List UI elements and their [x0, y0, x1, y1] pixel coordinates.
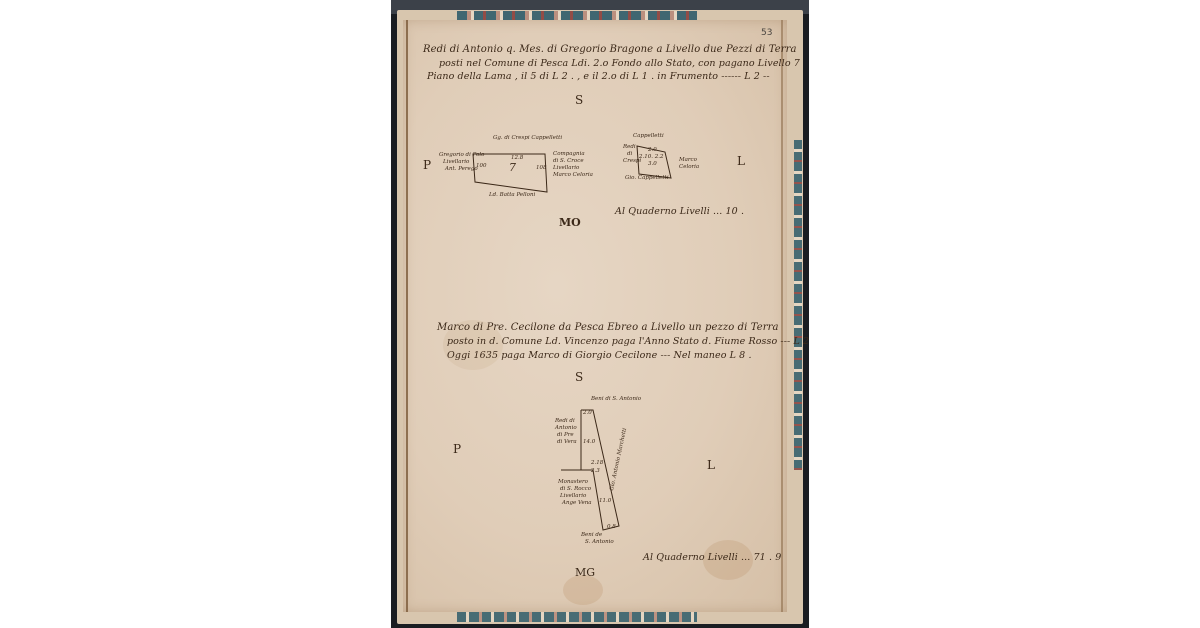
plot-bottom-2: S. Antonio — [585, 539, 614, 546]
plot-a-left-2: Livellario — [443, 159, 469, 166]
plot-dim-5: 11.0 — [599, 498, 611, 505]
entry-2-line-3: Oggi 1635 paga Marco di Giorgio Cecilone… — [447, 350, 752, 361]
plot-left-upper-3: di Pre — [557, 432, 574, 439]
binding-gutter — [406, 20, 408, 612]
plot-b-top-label: Cappelletti — [633, 133, 664, 140]
page-edge — [781, 20, 783, 612]
marbled-endpaper-bottom — [457, 612, 697, 622]
compass-west: P — [453, 442, 461, 456]
plot-left-lower-1: Monastero — [558, 479, 588, 486]
entry-1-line-3: Piano della Lama , il 5 di L 2 . , e il … — [427, 71, 770, 82]
entry-2-line-2: posto in d. Comune Ld. Vincenzo paga l'A… — [447, 336, 809, 347]
plot-a-right-3: Livellario — [553, 165, 579, 172]
entry-1-ledger-reference: Al Quaderno Livelli ... 10 . — [615, 206, 744, 217]
plot-dim-1: 2.0 — [583, 410, 592, 417]
plot-a-left-3: Ant. Perego — [445, 166, 478, 173]
plot-a-right-2: di S. Croce — [553, 158, 584, 165]
entry-2-ledger-reference: Al Quaderno Livelli ... 71 . 9 — [643, 552, 781, 563]
compass-north: S — [575, 370, 583, 384]
plot-b-right-1: Marco — [679, 157, 697, 164]
plot-b-dim-2: 2.10. 2.2 — [639, 154, 664, 161]
plot-a-number: 7 — [509, 161, 516, 174]
plot-left-lower-3: Livellario — [560, 493, 586, 500]
folio-number: 53 — [761, 28, 772, 38]
plot-bottom-1: Beni de — [581, 532, 602, 539]
scanned-manuscript: 53 Redi di Antonio q. Mes. di Gregorio B… — [391, 0, 809, 628]
manuscript-page: 53 Redi di Antonio q. Mes. di Gregorio B… — [403, 20, 787, 612]
plot-b-left-1: Redi — [623, 144, 636, 151]
entry-1-line-2: posti nel Comune di Pesca Ldi. 2.o Fondo… — [439, 58, 800, 69]
plot-a-dim-right: 108 — [536, 165, 547, 172]
compass-east: L — [707, 458, 715, 472]
entry-1-line-1: Redi di Antonio q. Mes. di Gregorio Brag… — [423, 44, 797, 55]
compass-south: MG — [575, 566, 595, 579]
plot-dim-4: 2.3 — [591, 468, 600, 475]
plot-left-upper-1: Redi di — [555, 418, 575, 425]
plot-b-dim-3: 3.0 — [648, 161, 657, 168]
plot-left-lower-2: di S. Rocco — [560, 486, 591, 493]
plot-dim-2: 14.0 — [583, 439, 595, 446]
plot-b-left-2: di — [627, 151, 632, 158]
plot-a-bottom-label: Ld. Batta Pelloni — [489, 192, 535, 199]
plot-a-right-1: Compagnia — [553, 151, 585, 158]
plot-a-dim-left: 100 — [476, 163, 487, 170]
plot-b-right-2: Celoria — [679, 164, 699, 171]
plot-left-upper-4: di Vera — [557, 439, 577, 446]
compass-north: S — [575, 93, 583, 107]
plot-dim-3: 2.18 — [591, 460, 603, 467]
plot-left-lower-4: Ange Vena — [562, 500, 592, 507]
plot-b-dim-1: 2.0 — [648, 147, 657, 154]
plot-dim-6: 0.8 — [607, 524, 616, 531]
plot-left-upper-2: Antonio — [555, 425, 577, 432]
plot-a-top-label: Gg. di Crespi Cappelletti — [493, 135, 562, 142]
plot-a-right-4: Marco Celoria — [553, 172, 593, 179]
entry-2-line-1: Marco di Pre. Cecilone da Pesca Ebreo a … — [437, 322, 779, 333]
compass-south: MO — [559, 216, 581, 229]
stain — [563, 575, 603, 605]
plot-a-left-1: Gregorio di Polo — [439, 152, 484, 159]
marbled-endpaper-right — [794, 140, 802, 470]
compass-west: P — [423, 158, 431, 172]
plot-top-label: Beni di S. Antonio — [591, 396, 641, 403]
compass-east: L — [737, 154, 745, 168]
plot-b-bottom-label: Gio. Cappelletti — [625, 175, 669, 182]
